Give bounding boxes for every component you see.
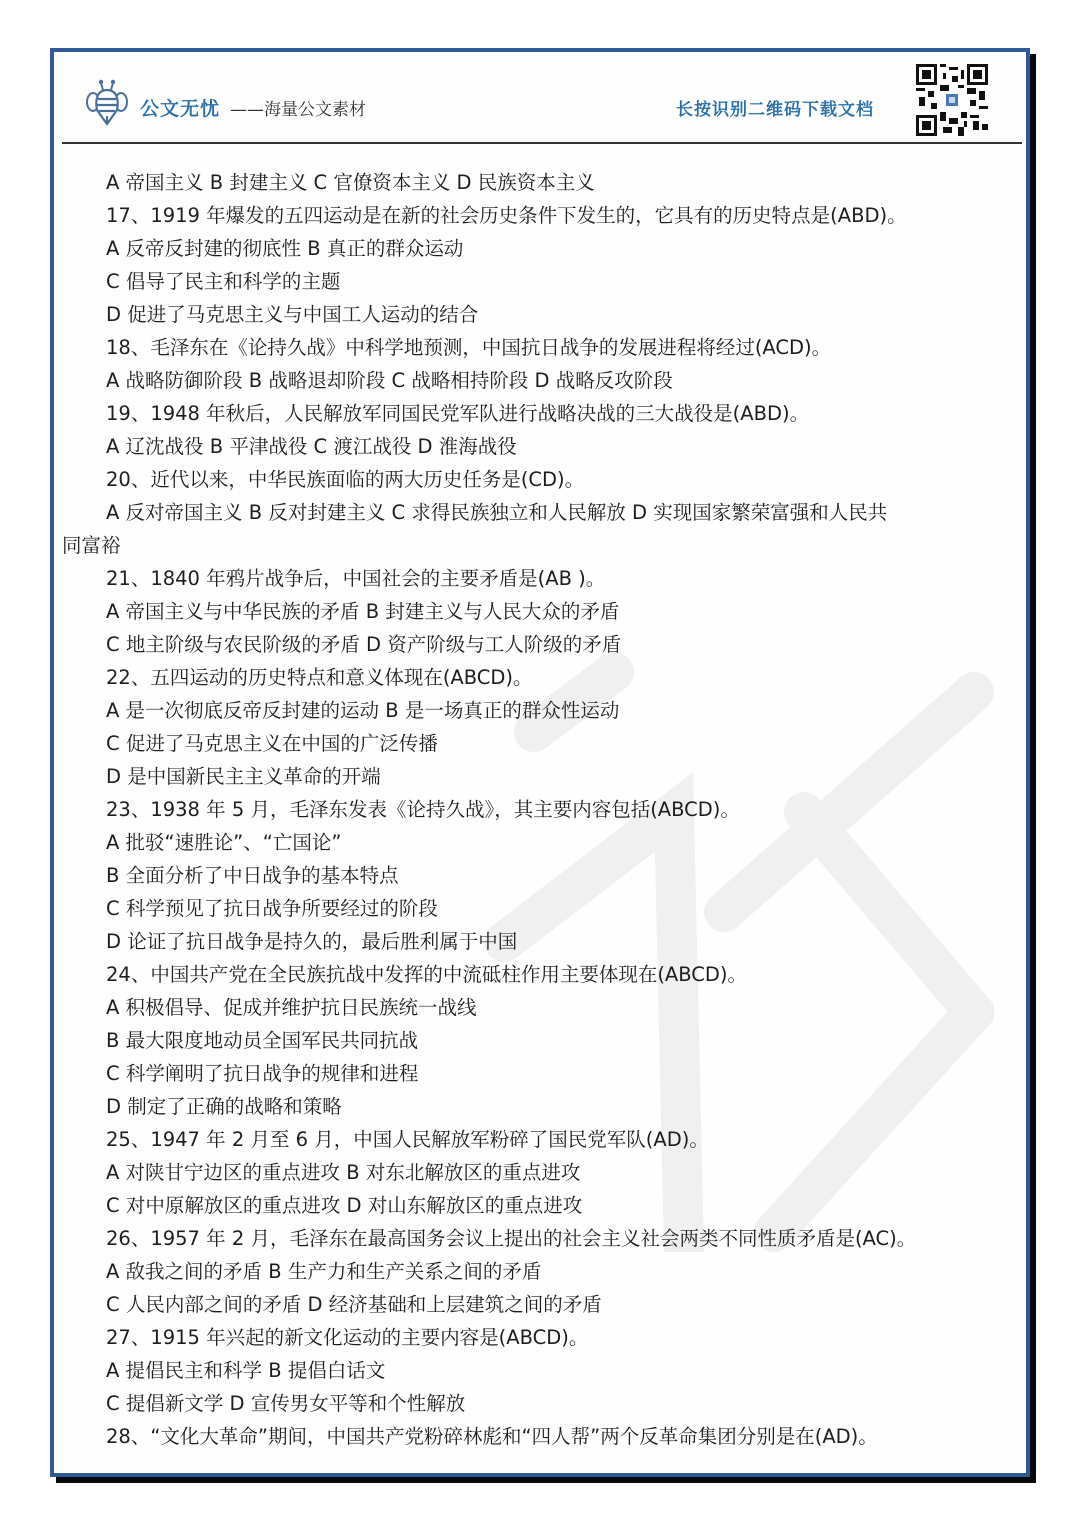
option-line: A 对陕甘宁边区的重点进攻 B 对东北解放区的重点进攻 [106,1160,580,1186]
option-line: A 提倡民主和科学 B 提倡白话文 [106,1358,385,1384]
bee-icon [86,78,128,130]
option-line: D 论证了抗日战争是持久的，最后胜利属于中国 [106,929,517,955]
option-line: C 倡导了民主和科学的主题 [106,269,340,295]
option-line: C 人民内部之间的矛盾 D 经济基础和上层建筑之间的矛盾 [106,1292,602,1318]
option-line: C 科学阐明了抗日战争的规律和进程 [106,1061,418,1087]
option-line: C 促进了马克思主义在中国的广泛传播 [106,731,438,757]
brand-tagline: ——海量公文素材 [230,95,366,120]
question-26: 26、1957 年 2 月，毛泽东在最高国务会议上提出的社会主义社会两类不同性质… [106,1226,916,1252]
question-20: 20、近代以来，中华民族面临的两大历史任务是(CD)。 [106,467,584,493]
question-18: 18、毛泽东在《论持久战》中科学地预测，中国抗日战争的发展进程将经过(ACD)。 [106,335,831,361]
question-28: 28、“文化大革命”期间，中国共产党粉碎林彪和“四人帮”两个反革命集团分别是在(… [106,1424,878,1450]
question-22: 22、五四运动的历史特点和意义体现在(ABCD)。 [106,665,533,691]
header-divider [62,142,1022,144]
option-line: A 反帝反封建的彻底性 B 真正的群众运动 [106,236,463,262]
option-line: A 批驳“速胜论”、“亡国论” [106,830,341,856]
option-line: A 帝国主义 B 封建主义 C 官僚资本主义 D 民族资本主义 [106,170,595,196]
document-page: 公文无忧 ——海量公文素材 长按识别二维码下载文档 A 帝国主义 B 封建主义 … [50,48,1030,1477]
option-line: A 辽沈战役 B 平津战役 C 渡江战役 D 淮海战役 [106,434,517,460]
option-line: A 敌我之间的矛盾 B 生产力和生产关系之间的矛盾 [106,1259,541,1285]
question-25: 25、1947 年 2 月至 6 月，中国人民解放军粉碎了国民党军队(AD)。 [106,1127,709,1153]
option-line: D 制定了正确的战略和策略 [106,1094,342,1120]
page-header: 公文无忧 ——海量公文素材 长按识别二维码下载文档 [54,52,1026,144]
option-line: A 反对帝国主义 B 反对封建主义 C 求得民族独立和人民解放 D 实现国家繁荣… [106,500,887,526]
option-line: C 科学预见了抗日战争所要经过的阶段 [106,896,438,922]
option-line: A 战略防御阶段 B 战略退却阶段 C 战略相持阶段 D 战略反攻阶段 [106,368,673,394]
option-line: A 帝国主义与中华民族的矛盾 B 封建主义与人民大众的矛盾 [106,599,619,625]
option-line: C 地主阶级与农民阶级的矛盾 D 资产阶级与工人阶级的矛盾 [106,632,621,658]
question-19: 19、1948 年秋后，人民解放军同国民党军队进行战略决战的三大战役是(ABD)… [106,401,809,427]
question-21: 21、1840 年鸦片战争后，中国社会的主要矛盾是(AB )。 [106,566,605,592]
qr-prompt: 长按识别二维码下载文档 [676,95,874,120]
option-line: D 是中国新民主主义革命的开端 [106,764,381,790]
option-line-continued: 同富裕 [62,533,121,559]
question-27: 27、1915 年兴起的新文化运动的主要内容是(ABCD)。 [106,1325,588,1351]
option-line: A 是一次彻底反帝反封建的运动 B 是一场真正的群众性运动 [106,698,619,724]
question-24: 24、中国共产党在全民族抗战中发挥的中流砥柱作用主要体现在(ABCD)。 [106,962,747,988]
option-line: A 积极倡导、促成并维护抗日民族统一战线 [106,995,477,1021]
qr-code-icon[interactable] [916,64,988,136]
option-line: D 促进了马克思主义与中国工人运动的结合 [106,302,478,328]
brand-name: 公文无忧 [140,94,220,121]
option-line: B 最大限度地动员全国军民共同抗战 [106,1028,418,1054]
option-line: C 对中原解放区的重点进攻 D 对山东解放区的重点进攻 [106,1193,582,1219]
question-23: 23、1938 年 5 月，毛泽东发表《论持久战》，其主要内容包括(ABCD)。 [106,797,740,823]
question-17: 17、1919 年爆发的五四运动是在新的社会历史条件下发生的，它具有的历史特点是… [106,203,907,229]
option-line: B 全面分析了中日战争的基本特点 [106,863,399,889]
option-line: C 提倡新文学 D 宣传男女平等和个性解放 [106,1391,465,1417]
